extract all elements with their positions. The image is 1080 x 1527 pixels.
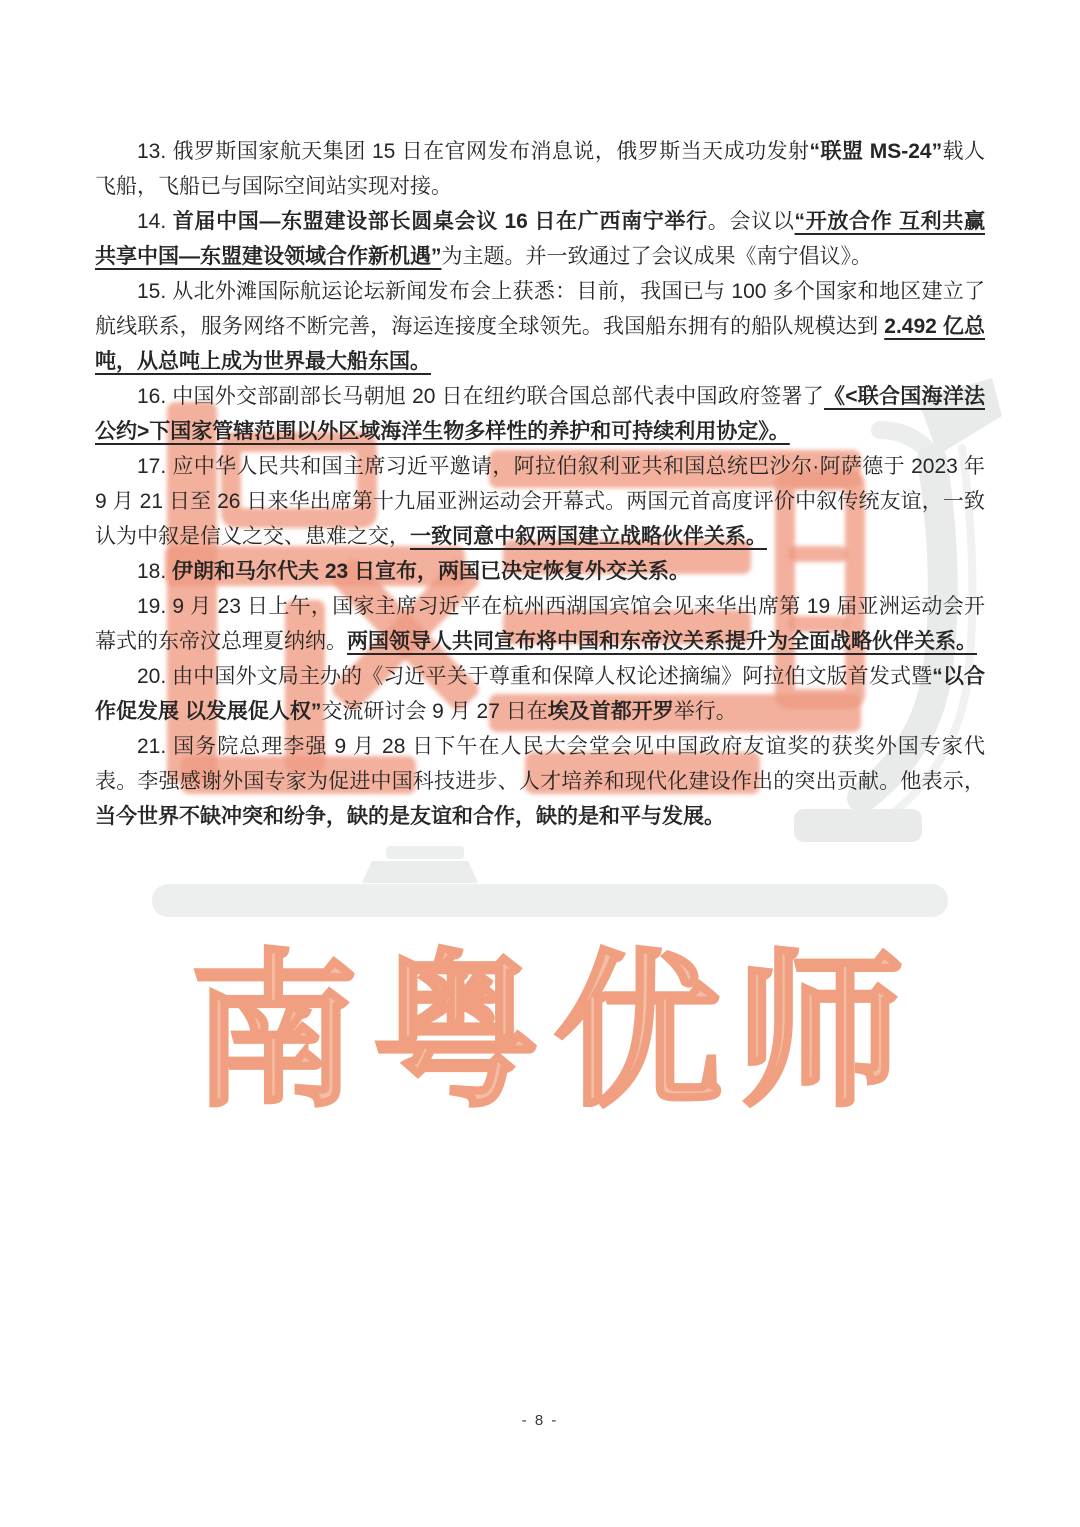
news-item-segment: 18.	[137, 560, 172, 583]
monitor-base-bar	[152, 884, 948, 917]
news-item: 13. 俄罗斯国家航天集团 15 日在官网发布消息说，俄罗斯当天成功发射“联盟 …	[95, 134, 985, 204]
news-item-segment: 。会议以	[708, 210, 795, 233]
news-item-segment: 21. 国务院总理李强 9 月 28 日下午在人民大会堂会见中国政府友谊奖的获奖…	[95, 735, 985, 793]
news-item-segment: 20. 由中国外文局主办的《习近平关于尊重和保障人权论述摘编》阿拉伯文版首发式暨	[137, 665, 932, 688]
news-item-segment: 当今世界不缺冲突和纷争，缺的是友谊和合作，缺的是和平与发展。	[95, 805, 725, 828]
news-item: 19. 9 月 23 日上午，国家主席习近平在杭州西湖国宾馆会见来华出席第 19…	[95, 589, 985, 659]
news-item-segment: 伊朗和马尔代夫 23 日宣布，两国已决定恢复外交关系。	[172, 560, 690, 583]
page-number: - 8 -	[0, 1412, 1080, 1429]
news-item: 17. 应中华人民共和国主席习近平邀请，阿拉伯叙利亚共和国总统巴沙尔·阿萨德于 …	[95, 449, 985, 554]
news-item-segment: 埃及首都开罗	[548, 700, 674, 723]
news-item: 15. 从北外滩国际航运论坛新闻发布会上获悉：目前，我国已与 100 多个国家和…	[95, 274, 985, 379]
monitor-stand-foot	[362, 861, 478, 883]
news-item-segment: 首届中国—东盟建设部长圆桌会议 16 日在广西南宁举行	[173, 210, 708, 233]
news-list: 13. 俄罗斯国家航天集团 15 日在官网发布消息说，俄罗斯当天成功发射“联盟 …	[95, 134, 985, 834]
news-item: 14. 首届中国—东盟建设部长圆桌会议 16 日在广西南宁举行。会议以“开放合作…	[95, 204, 985, 274]
news-item-segment: “联盟 MS-24”	[810, 140, 943, 163]
news-item-segment: 16. 中国外交部副部长马朝旭 20 日在纽约联合国总部代表中国政府签署了	[137, 385, 824, 408]
news-item-segment: 14.	[137, 210, 173, 233]
monitor-stand-neck	[386, 846, 464, 859]
news-item-segment: 13. 俄罗斯国家航天集团 15 日在官网发布消息说，俄罗斯当天成功发射	[137, 140, 810, 163]
news-item-segment: 一致同意中叙两国建立战略伙伴关系。	[410, 525, 767, 548]
news-item-segment: 15. 从北外滩国际航运论坛新闻发布会上获悉：目前，我国已与 100 多个国家和…	[95, 280, 985, 338]
news-item-segment: 交流研讨会 9 月 27 日在	[321, 700, 547, 723]
brand-watermark: 南粤优师	[190, 948, 918, 1116]
news-item-segment: 举行。	[674, 700, 737, 723]
news-item: 21. 国务院总理李强 9 月 28 日下午在人民大会堂会见中国政府友谊奖的获奖…	[95, 729, 985, 834]
document-page: 13. 俄罗斯国家航天集团 15 日在官网发布消息说，俄罗斯当天成功发射“联盟 …	[95, 134, 985, 834]
news-item: 18. 伊朗和马尔代夫 23 日宣布，两国已决定恢复外交关系。	[95, 554, 985, 589]
news-item-segment: 为主题。并一致通过了会议成果《南宁倡议》。	[442, 245, 873, 268]
news-item: 16. 中国外交部副部长马朝旭 20 日在纽约联合国总部代表中国政府签署了《<联…	[95, 379, 985, 449]
news-item-segment: 两国领导人共同宣布将中国和东帝汶关系提升为全面战略伙伴关系。	[347, 630, 977, 653]
news-item: 20. 由中国外文局主办的《习近平关于尊重和保障人权论述摘编》阿拉伯文版首发式暨…	[95, 659, 985, 729]
